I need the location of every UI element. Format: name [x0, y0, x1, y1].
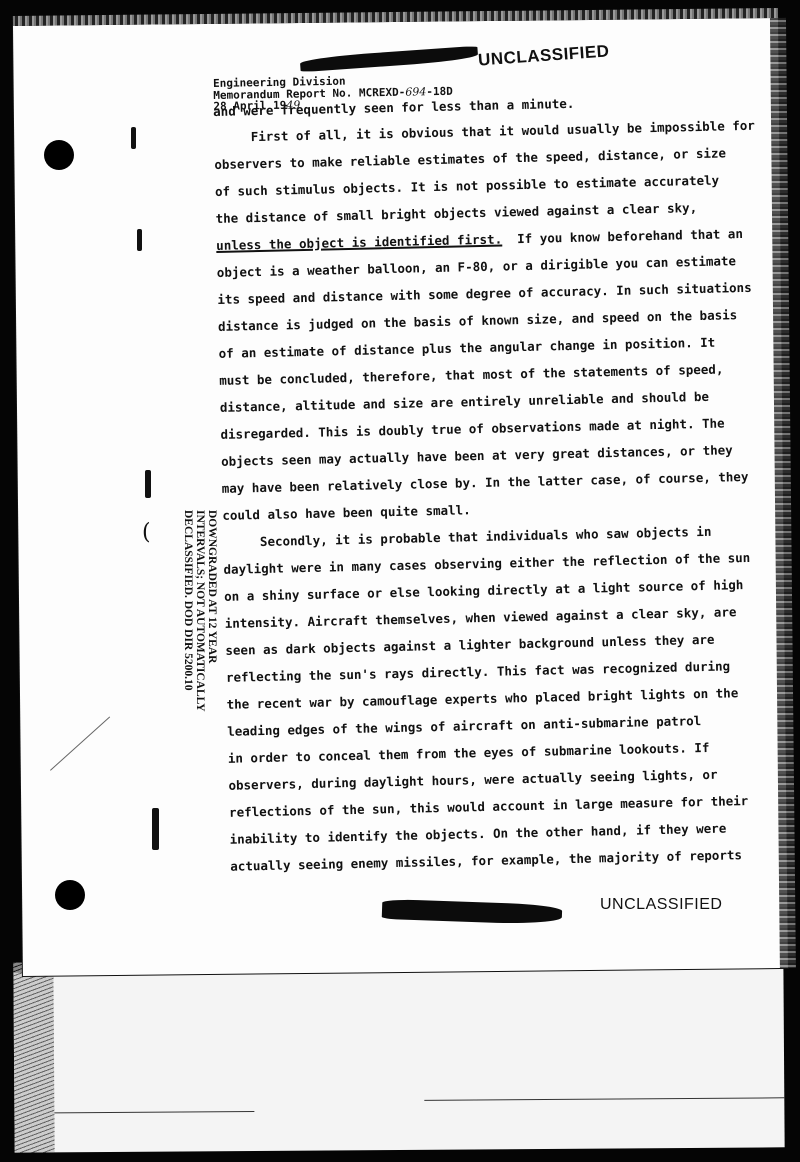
- ruled-line: [424, 1097, 784, 1101]
- report-number-prefix: MCREXD-: [359, 85, 406, 99]
- ruled-line: [54, 1111, 254, 1113]
- bracket-mark: (: [142, 520, 151, 545]
- fastener-mark: [152, 808, 159, 850]
- memo-body: and were frequently seen for less than a…: [213, 92, 760, 880]
- downgrade-stamp-line: DECLASSIFIED. DOD DIR 5200.10: [182, 510, 194, 712]
- report-number-suffix: -18D: [426, 84, 453, 97]
- body-line-rest: If you know beforehand that an: [502, 226, 743, 246]
- fastener-mark: [145, 470, 151, 498]
- punch-hole-top: [44, 140, 74, 170]
- downgrade-stamp-line: DOWNGRADED AT 12 YEAR: [206, 510, 218, 712]
- fastener-mark: [131, 127, 136, 149]
- downgrade-stamp: DOWNGRADED AT 12 YEAR INTERVALS; NOT AUT…: [182, 510, 218, 712]
- report-number-handwritten: 694: [405, 85, 426, 98]
- downgrade-stamp-line: INTERVALS; NOT AUTOMATICALLY: [194, 510, 206, 712]
- underlined-emphasis: unless the object is identified first.: [216, 231, 502, 252]
- scan-noise: [13, 962, 54, 1152]
- classification-stamp-bottom: UNCLASSIFIED: [600, 896, 722, 914]
- punch-hole-bottom: [55, 880, 85, 910]
- underlying-sheet: [13, 957, 784, 1152]
- fastener-mark: [137, 229, 142, 251]
